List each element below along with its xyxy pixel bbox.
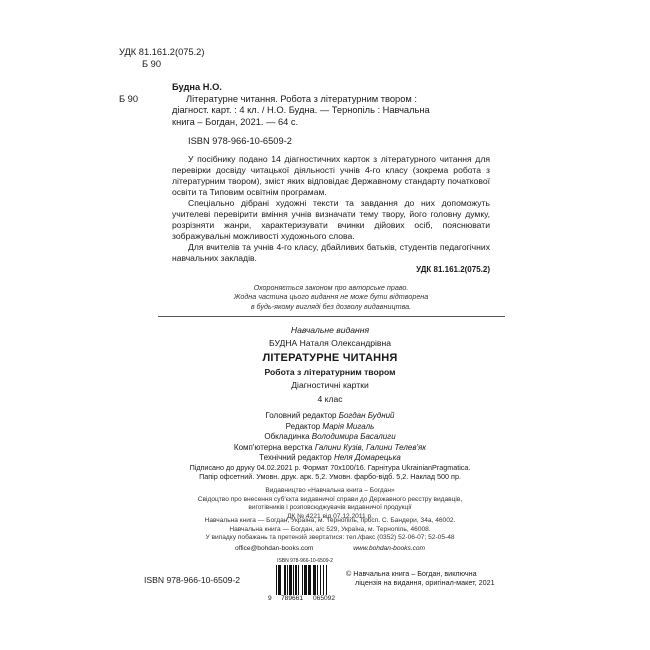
isbn-top: ISBN 978-966-10-6509-2 (188, 136, 292, 147)
author-short: Будна Н.О. (172, 82, 222, 93)
address-line: Навчальна книга — Богдан, а/с 529, Украї… (150, 526, 510, 535)
credit-line: Комп'ютерна верстка Галини Кузів, Галини… (150, 443, 510, 454)
isbn-barcode: ISBN 978-966-10-6509-2 9 789661 065092 (268, 558, 342, 606)
publisher-line: виготівників і розповсюджувачів видавнич… (150, 504, 510, 513)
website-link[interactable]: www.bohdan-books.com (353, 545, 425, 554)
book-subtitle: Робота з літературним твором (150, 367, 510, 377)
publisher-info: Видавництво «Навчальна книга – Богдан» С… (150, 487, 510, 521)
book-grade: 4 клас (150, 394, 510, 404)
bibliographic-description: Літературне читання. Робота з літературн… (172, 94, 492, 128)
copyright-bottom-line: © Навчальна книга – Богдан, виключна (346, 569, 536, 578)
credit-name: Марія Мигаль (322, 422, 374, 431)
barcode-digits-left: 789661 (276, 595, 308, 603)
barcode-digit-first: 9 (268, 595, 276, 603)
barcode-digits: 9 789661 065092 (268, 595, 342, 603)
address-line: У випадку побажань та претензій звертати… (150, 534, 510, 543)
credit-name: Неля Домарецька (334, 453, 401, 462)
email-link[interactable]: office@bohdan-books.com (235, 545, 313, 554)
annotation-paragraph: Спеціально дібрані художні тексти та зав… (172, 198, 490, 242)
credit-line: Обкладинка Володимира Басалиги (150, 432, 510, 443)
address-line: Навчальна книга — Богдан, Україна, м. Те… (150, 517, 510, 526)
bib-line: діагност. карт. : 4 кл. / Н.О. Будна. — … (172, 105, 492, 116)
book-kind: Діагностичні картки (150, 380, 510, 390)
copyright-note: Охороняється законом про авторське право… (172, 283, 490, 311)
credit-line: Технічний редактор Неля Домарецька (150, 453, 510, 464)
barcode-bars (276, 565, 342, 595)
publisher-address: Навчальна книга — Богдан, Україна, м. Те… (150, 517, 510, 543)
bib-line: книга – Богдан, 2021. — 64 с. (172, 117, 492, 128)
udk-code: УДК 81.161.2(075.2) (119, 47, 204, 58)
credit-line: Редактор Марія Мигаль (150, 422, 510, 433)
credit-role: Технічний редактор (259, 453, 332, 462)
print-info-line: Папір офсетний. Умовн. друк. арк. 5,2. У… (150, 472, 510, 481)
isbn-bottom: ISBN 978-966-10-6509-2 (144, 575, 240, 585)
book-title: ЛІТЕРАТУРНЕ ЧИТАННЯ (150, 352, 510, 364)
annotation-paragraph: Для вчителів та учнів 4-го класу, дбайли… (172, 242, 490, 264)
copyright-line: Жодна частина цього видання не може бути… (172, 292, 490, 301)
catalog-code: Б 90 (119, 94, 138, 105)
credit-name: Володимира Басалиги (312, 432, 396, 441)
credit-role: Комп'ютерна верстка (234, 443, 313, 452)
copyright-line: Охороняється законом про авторське право… (172, 283, 490, 292)
udk-bottom: УДК 81.161.2(075.2) (172, 265, 490, 274)
publisher-line: Свідоцтво про внесення суб'єкта видавнич… (150, 496, 510, 505)
print-info: Підписано до друку 04.02.2021 р. Формат … (150, 463, 510, 482)
copyright-line: в будь-якому вигляді без дозволу видавни… (172, 302, 490, 311)
barcode-digits-right: 065092 (308, 595, 340, 603)
print-info-line: Підписано до друку 04.02.2021 р. Формат … (150, 463, 510, 472)
credit-name: Галини Кузів, Галини Телев'як (315, 443, 426, 452)
credit-role: Редактор (286, 422, 320, 431)
credit-name: Богдан Будний (339, 411, 395, 420)
author-full-name: БУДНА Наталя Олександрівна (150, 338, 510, 348)
copyright-bottom-line: ліцензія на видання, оригінал-макет, 202… (346, 578, 536, 587)
copyright-bottom: © Навчальна книга – Богдан, виключна ліц… (346, 569, 536, 588)
imprint: Навчальне видання БУДНА Наталя Олександр… (150, 325, 510, 464)
barcode-isbn: ISBN 978-966-10-6509-2 (268, 558, 342, 564)
edition-type: Навчальне видання (150, 325, 510, 335)
credit-role: Обкладинка (264, 432, 309, 441)
author-mark: Б 90 (142, 59, 161, 70)
annotation: У посібнику подано 14 діагностичних карт… (172, 154, 490, 264)
contacts: office@bohdan-books.com www.bohdan-books… (150, 545, 510, 554)
credit-line: Головний редактор Богдан Будний (150, 411, 510, 422)
annotation-paragraph: У посібнику подано 14 діагностичних карт… (172, 154, 490, 198)
credit-role: Головний редактор (265, 411, 336, 420)
section-divider (158, 316, 505, 317)
bib-line: Літературне читання. Робота з літературн… (172, 94, 492, 105)
publisher-line: Видавництво «Навчальна книга – Богдан» (150, 487, 510, 496)
